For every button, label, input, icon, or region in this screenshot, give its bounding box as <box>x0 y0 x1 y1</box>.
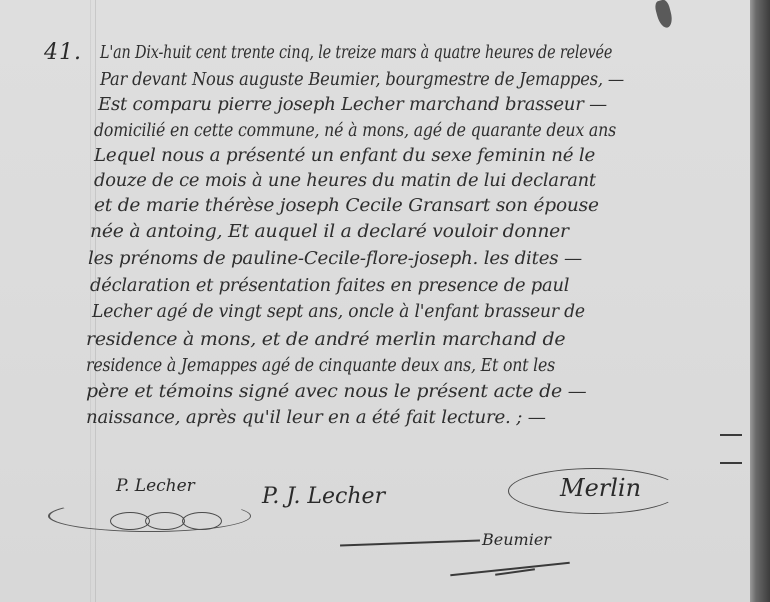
document-page: 41. L'an Dix-huit cent trente cinq, le t… <box>0 0 750 602</box>
book-binding-edge <box>750 0 770 602</box>
signature-p-lecher: P. Lecher <box>116 476 195 496</box>
record-line-1: L'an Dix-huit cent trente cinq, le treiz… <box>100 43 612 63</box>
signature-flourish <box>110 512 150 530</box>
line-end-dash <box>720 462 742 464</box>
entry-number: 41. <box>44 40 82 65</box>
signature-p-j-lecher: P. J. Lecher <box>262 484 385 509</box>
record-line-4: domicilié en cette commune, né à mons, a… <box>94 121 616 141</box>
record-line-13: residence à Jemappes agé de cinquante de… <box>86 356 555 376</box>
record-line-12: residence à mons, et de andré merlin mar… <box>86 330 565 350</box>
record-line-11: Lecher agé de vingt sept ans, oncle à l'… <box>92 302 585 322</box>
signature-flourish <box>145 512 185 530</box>
signature-underline <box>340 540 480 546</box>
record-line-15: naissance, après qu'il leur en a été fai… <box>86 408 546 428</box>
record-line-6: douze de ce mois à une heures du matin d… <box>94 171 596 191</box>
ink-blot <box>654 0 675 29</box>
record-line-14: père et témoins signé avec nous le prése… <box>86 382 586 402</box>
record-line-9: les prénoms de pauline-Cecile-flore-jose… <box>88 249 582 269</box>
signature-merlin: Merlin <box>560 474 641 502</box>
record-line-3: Est comparu pierre joseph Lecher marchan… <box>98 95 607 115</box>
record-line-8: née à antoing, Et auquel il a declaré vo… <box>90 222 569 242</box>
signature-underline <box>450 562 569 576</box>
record-line-10: déclaration et présentation faites en pr… <box>90 276 569 296</box>
record-line-5: Lequel nous a présenté un enfant du sexe… <box>94 146 595 166</box>
signature-beumier: Beumier <box>482 530 551 549</box>
line-end-dash <box>720 434 742 436</box>
signature-flourish <box>182 512 222 530</box>
record-line-7: et de marie thérèse joseph Cecile Gransa… <box>94 196 599 216</box>
record-line-2: Par devant Nous auguste Beumier, bourgme… <box>100 70 624 90</box>
